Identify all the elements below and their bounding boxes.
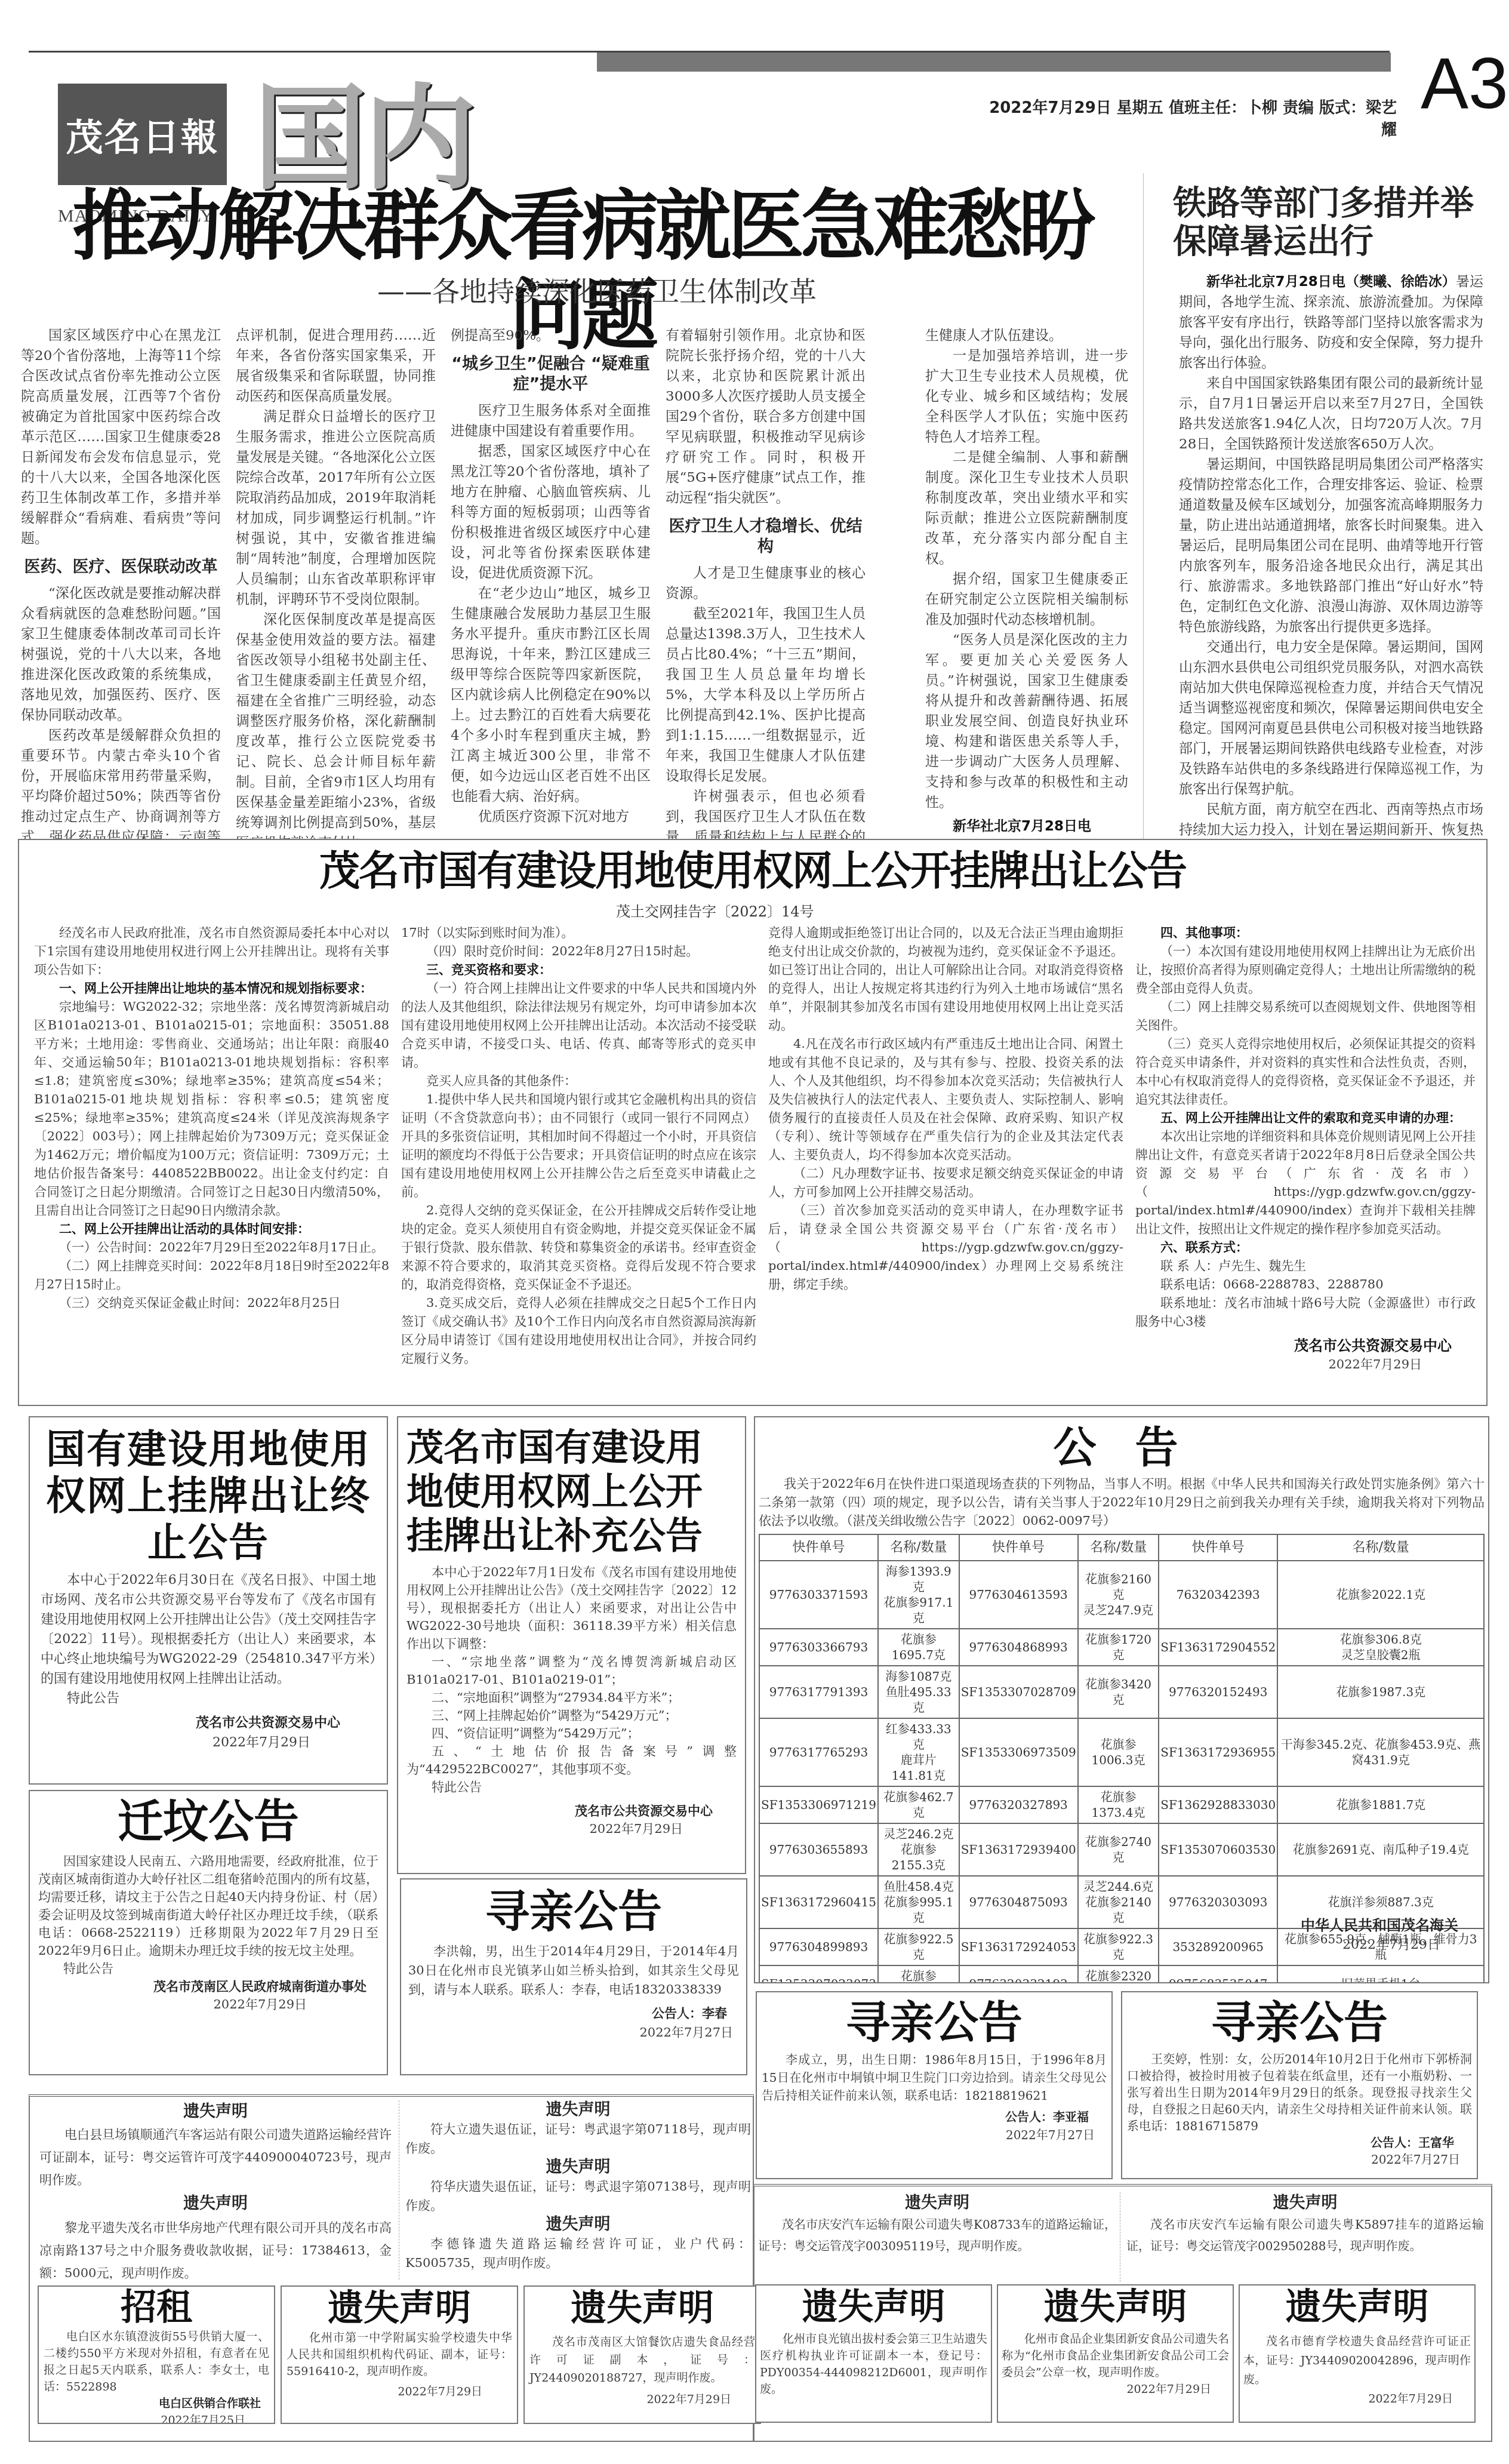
item-quantity-cell: 花旗参1695.7克 bbox=[878, 1629, 959, 1666]
lead-byline-1: 新华社北京7月28日电 bbox=[925, 816, 1128, 836]
land-col-1: 经茂名市人民政府批准，茂名市自然资源局委托本中心对以下1宗国有建设用地使用权进行… bbox=[34, 924, 389, 1401]
item-quantity-cell: 花旗参2691克、南瓜种子19.4克 bbox=[1277, 1823, 1484, 1876]
table-row: 9776317791393海参1087克 鱼肚495.33克SF13533070… bbox=[759, 1666, 1484, 1718]
item-quantity-cell: 花旗参922.5克 bbox=[878, 1928, 959, 1965]
item-quantity-cell: 灵芝246.2克 花旗参2155.3克 bbox=[878, 1823, 959, 1876]
item-quantity-cell: 花旗参2022.1克 bbox=[1277, 1561, 1484, 1629]
side-article-dateline: 新华社北京7月28日电（樊曦、徐皓冰） bbox=[1206, 274, 1456, 290]
tracking-number-cell: SF1353307028709 bbox=[959, 1666, 1078, 1718]
land-notice-signer: 茂名市公共资源交易中心 bbox=[1135, 1337, 1476, 1355]
customs-notice-signer: 中华人民共和国茂名海关 bbox=[1301, 1914, 1458, 1934]
land-notice-title: 茂名市国有建设用地使用权网上公开挂牌出让公告 bbox=[19, 845, 1486, 899]
item-quantity-cell: 红参433.33克 鹿茸片141.81克 bbox=[878, 1718, 959, 1786]
item-quantity-cell: 鱼肚458.4克 花旗参995.1克 bbox=[878, 1876, 959, 1928]
tracking-number-cell: 9776320332193 bbox=[959, 1965, 1078, 1983]
family-search-3-signer: 公告人：王富华 bbox=[1127, 2134, 1472, 2151]
grave-notice-date: 2022年7月29日 bbox=[38, 1995, 378, 2013]
tracking-number-cell: SF1363172960415 bbox=[759, 1876, 878, 1928]
family-search-3-date: 2022年7月27日 bbox=[1127, 2151, 1472, 2168]
item-quantity-cell: 灵芝244.6克 花旗参2140克 bbox=[1078, 1876, 1159, 1928]
lost-notice-food-license-2: 遗失声明 茂名市德育学校遗失食品经营许可证正本，证号：JY34409020042… bbox=[1239, 2284, 1476, 2423]
lead-col-3: 例提高至90%。 “城乡卫生”促融合 “疑难重症”提水平 医疗卫生服务体系对全面… bbox=[451, 325, 651, 839]
tracking-number-cell: 9776304875093 bbox=[959, 1876, 1078, 1928]
item-quantity-cell: 花旗参2160克 灵芝247.9克 bbox=[1078, 1561, 1159, 1629]
lead-subhead-3: 医疗卫生人才稳增长、优结构 bbox=[666, 516, 866, 557]
tracking-number-cell: SF1362928833030 bbox=[1159, 1786, 1277, 1823]
family-search-1-title: 寻亲公告 bbox=[401, 1885, 746, 1938]
item-quantity-cell: 花旗参2320克 bbox=[1078, 1965, 1159, 1983]
tracking-number-cell: 9776320303093 bbox=[1159, 1876, 1277, 1928]
family-search-2-signer: 公告人：李亚福 bbox=[762, 2108, 1107, 2126]
page-number: A3 bbox=[1421, 42, 1508, 125]
land-col-4: 四、其他事项： （一）本次国有建设用地使用权网上挂牌出让为无底价出让，按照价高者… bbox=[1135, 924, 1476, 1401]
grave-notice-title: 迁坟公告 bbox=[30, 1795, 387, 1848]
classifieds-mid-col: 遗失声明 符大立遗失退伍证，证号：粤武退字第07118号，现声明作废。 遗失声明… bbox=[399, 2100, 751, 2280]
tracking-number-cell: 9776317765293 bbox=[759, 1718, 878, 1786]
customs-notice: 公 告 我关于2022年6月在快件进口渠道现场查获的下列物品，当事人不明。根据《… bbox=[754, 1416, 1489, 1983]
grave-notice: 迁坟公告 因国家建设人民南五、六路用地需要，经政府批准，位于茂南区城南街道办大岭… bbox=[29, 1790, 388, 2075]
lead-col-2: 点评机制，促进合理用药……近年来，各省份落实国家集采，开展省级集采和省际联盟，协… bbox=[236, 325, 436, 839]
lead-col-4: 有着辐射引领作用。北京协和医院院长张抒扬介绍，党的十八大以来，北京协和医院累计派… bbox=[666, 325, 866, 839]
item-quantity-cell: 花旗参1373.4克 bbox=[1078, 1786, 1159, 1823]
tracking-number-cell: SF1363172939400 bbox=[959, 1823, 1078, 1876]
table-row: 9776303371593海参1393.9克 花旗参917.1克97763046… bbox=[759, 1561, 1484, 1629]
item-quantity-cell: 花旗参1720克 bbox=[1078, 1629, 1159, 1666]
lead-col-1: 国家区域医疗中心在黑龙江等20个省份落地，上海等11个综合医改试点省份率先推动公… bbox=[21, 325, 221, 839]
tracking-number-cell: 9776320152493 bbox=[1159, 1666, 1277, 1718]
classifieds-right-col-2: 遗失声明 茂名市庆安汽车运输有限公司遗失粤K5897挂车的道路运输证，证号：粤交… bbox=[1120, 2192, 1484, 2282]
tracking-number-cell: 9776303655893 bbox=[759, 1823, 878, 1876]
side-headline: 铁路等部门多措并举 保障暑运出行 bbox=[1173, 184, 1495, 260]
tracking-number-cell: SF1353306971219 bbox=[759, 1786, 878, 1823]
land-col-2: 17时（以实际到账时间为准）。 （四）限时竞价时间：2022年8月27日15时起… bbox=[401, 924, 756, 1401]
tracking-number-cell: 9776303366793 bbox=[759, 1629, 878, 1666]
family-search-notice-2: 寻亲公告 李成立，男，出生日期：1986年8月15日，于1996年8月15日在化… bbox=[756, 1991, 1113, 2179]
item-quantity-cell: 花旗参1006.3克 bbox=[1078, 1718, 1159, 1786]
tracking-number-cell: SF1353306973509 bbox=[959, 1718, 1078, 1786]
masthead-gray-bar bbox=[597, 53, 1391, 72]
land-notice: 茂名市国有建设用地使用权网上公开挂牌出让公告 茂土交网挂告字〔2022〕14号 … bbox=[18, 839, 1488, 1406]
customs-notice-intro: 我关于2022年6月在快件进口渠道现场查获的下列物品，当事人不明。根据《中华人民… bbox=[755, 1472, 1488, 1534]
item-quantity-cell: 花旗参1374.9克 bbox=[878, 1965, 959, 1983]
land-notice-doc-number: 茂土交网挂告字〔2022〕14号 bbox=[616, 900, 855, 921]
tracking-number-cell: 9776320327893 bbox=[959, 1786, 1078, 1823]
date-line: 2022年7月29日 星期五 值班主任：卜柳 责编 版式：梁艺耀 bbox=[979, 96, 1397, 140]
paper-logo-text: 茂名日報 bbox=[66, 108, 218, 161]
item-quantity-cell: 花旗参3420克 bbox=[1078, 1666, 1159, 1718]
tracking-number-cell: SF1363172924053 bbox=[959, 1928, 1078, 1965]
termination-notice-signer: 茂名市公共资源交易中心 bbox=[41, 1713, 376, 1733]
land-notice-date: 2022年7月29日 bbox=[1135, 1355, 1476, 1374]
termination-notice: 国有建设用地使用权网上挂牌出让终止公告 本中心于2022年6月30日在《茂名日报… bbox=[29, 1416, 388, 1785]
item-quantity-cell: 干海参345.2克、花旗参453.9克、燕窝431.9克 bbox=[1277, 1718, 1484, 1786]
lead-col-5: 生健康人才队伍建设。 一是加强培养培训，进一步扩大卫生专业技术人员规模，优化专业… bbox=[925, 325, 1128, 839]
supplement-notice-date: 2022年7月29日 bbox=[406, 1820, 737, 1838]
classifieds-right-col-1: 遗失声明 茂名市庆安汽车运输有限公司遗失粤K08733车的道路运输证，证号：粤交… bbox=[758, 2192, 1116, 2282]
side-article-body: 新华社北京7月28日电（樊曦、徐皓冰）暑运期间，各地学生流、探亲流、旅游流叠加。… bbox=[1179, 272, 1483, 839]
column-divider bbox=[1143, 173, 1144, 842]
table-row: SF1353306971219花旗参462.7克9776320327893花旗参… bbox=[759, 1786, 1484, 1823]
family-search-2-date: 2022年7月27日 bbox=[762, 2126, 1107, 2144]
tracking-number-cell: SF1353307023073 bbox=[759, 1965, 878, 1983]
tracking-number-cell: 353289200965 bbox=[1159, 1928, 1277, 1965]
family-search-1-date: 2022年7月27日 bbox=[408, 2023, 739, 2042]
tracking-number-cell: 9776304899893 bbox=[759, 1928, 878, 1965]
tracking-number-cell: 9776304613593 bbox=[959, 1561, 1078, 1629]
supplement-notice-signer: 茂名市公共资源交易中心 bbox=[406, 1802, 737, 1820]
termination-notice-date: 2022年7月29日 bbox=[41, 1733, 376, 1752]
tracking-number-cell: 76320342393 bbox=[1159, 1561, 1277, 1629]
lost-notice-food-license-1: 遗失声明 茂名市茂南区大馆餐饮店遗失食品经营许可证副本，证号：JY2440902… bbox=[523, 2285, 761, 2424]
lead-subhead-2: “城乡卫生”促融合 “疑难重症”提水平 bbox=[451, 354, 651, 395]
supplement-notice-title: 茂名市国有建设用地使用权网上公开挂牌出让补充公告 bbox=[406, 1426, 737, 1558]
table-row: 9776303655893灵芝246.2克 花旗参2155.3克SF136317… bbox=[759, 1823, 1484, 1876]
item-quantity-cell: 花旗参306.8克 灵芝皇胶囊2瓶 bbox=[1277, 1629, 1484, 1666]
tracking-number-cell: SF1363172936955 bbox=[1159, 1718, 1277, 1786]
table-row: 9776317765293红参433.33克 鹿茸片141.81克SF13533… bbox=[759, 1718, 1484, 1786]
classifieds-left-col: 遗失声明 电白县旦场镇顺通汽车客运站有限公司遗失道路运输经营许可证副本，证号：粤… bbox=[39, 2100, 392, 2280]
tracking-number-cell: 9975683535047 bbox=[1159, 1965, 1277, 1983]
lead-subhead-1: 医药、医疗、医保联动改革 bbox=[21, 557, 221, 577]
rental-notice: 招租 电白区水东镇澄波街55号供销大厦一、二楼约550平方米现对外招租，有意者在… bbox=[38, 2285, 275, 2424]
paper-logo: 茂名日報 bbox=[58, 84, 227, 185]
land-col-3: 竞得人逾期或拒绝签订出让合同的，以及无合法正当理由逾期拒绝支付出让成交价款的，均… bbox=[768, 924, 1123, 1401]
lead-subheadline: ——各地持续深化医药卫生体制改革 bbox=[298, 275, 895, 308]
table-row: SF1353307023073花旗参1374.9克9776320332193花旗… bbox=[759, 1965, 1484, 1983]
customs-notice-title: 公 告 bbox=[755, 1422, 1488, 1472]
item-quantity-cell: 花旗参1987.3克 bbox=[1277, 1666, 1484, 1718]
item-quantity-cell: 花旗参922.3克 bbox=[1078, 1928, 1159, 1965]
item-quantity-cell: 花旗参462.7克 bbox=[878, 1786, 959, 1823]
lost-notice-medical-license: 遗失声明 化州市良光镇出拔村委会第三卫生站遗失医疗机构执业许可证副本一本，登记号… bbox=[755, 2284, 992, 2423]
lost-notice-org-code: 遗失声明 化州市第一中学附属实验学校遗失中华人民共和国组织机构代码证、副本，证号… bbox=[281, 2285, 518, 2424]
family-search-notice-3: 寻亲公告 王奕婷，性别：女，公历2014年10月2日于化州市下郭桥洞口被拾得，被… bbox=[1121, 1991, 1478, 2179]
item-quantity-cell: 花旗参1881.7克 bbox=[1277, 1786, 1484, 1823]
table-row: 9776303366793花旗参1695.7克9776304868993花旗参1… bbox=[759, 1629, 1484, 1666]
grave-notice-signer: 茂名市茂南区人民政府城南街道办事处 bbox=[38, 1977, 378, 1995]
family-search-1-signer: 公告人：李春 bbox=[408, 2004, 739, 2023]
lost-notice-union-seal: 遗失声明 化州市食品企业集团新安食品公司遗失名称为“化州市食品企业集团新安食品公… bbox=[997, 2284, 1234, 2423]
tracking-number-cell: SF1363172904552 bbox=[1159, 1629, 1277, 1666]
tracking-number-cell: 9776304868993 bbox=[959, 1629, 1078, 1666]
item-quantity-cell: 海参1087克 鱼肚495.33克 bbox=[878, 1666, 959, 1718]
tracking-number-cell: 9776317791393 bbox=[759, 1666, 878, 1718]
item-quantity-cell: 海参1393.9克 花旗参917.1克 bbox=[878, 1561, 959, 1629]
tracking-number-cell: 9776303371593 bbox=[759, 1561, 878, 1629]
family-search-notice-1: 寻亲公告 李洪翰，男，出生于2014年4月29日，于2014年4月30日在化州市… bbox=[400, 1878, 747, 2075]
family-search-3-title: 寻亲公告 bbox=[1122, 1997, 1477, 2048]
termination-notice-title: 国有建设用地使用权网上挂牌出让终止公告 bbox=[41, 1426, 376, 1565]
customs-notice-date: 2022年7月29日 bbox=[1342, 1935, 1440, 1955]
family-search-2-title: 寻亲公告 bbox=[757, 1997, 1111, 2048]
item-quantity-cell: 旧苹果手机1台 bbox=[1277, 1965, 1484, 1983]
supplement-notice: 茂名市国有建设用地使用权网上公开挂牌出让补充公告 本中心于2022年7月1日发布… bbox=[397, 1416, 746, 1874]
tracking-number-cell: SF1353070603530 bbox=[1159, 1823, 1277, 1876]
item-quantity-cell: 花旗参2740克 bbox=[1078, 1823, 1159, 1876]
